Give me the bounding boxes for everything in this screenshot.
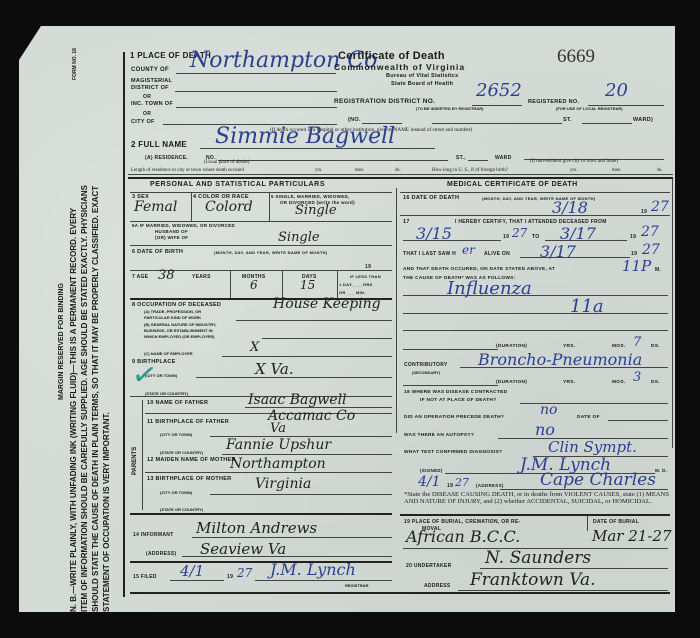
last-saw-pronoun: er: [462, 243, 475, 257]
center-divider: [396, 188, 397, 433]
attended-to-date: 3/17: [560, 224, 596, 243]
county-label: COUNTY OF: [131, 67, 169, 73]
father-birthplace-state: Va: [270, 421, 286, 436]
last-saw-date: 3/17: [540, 242, 576, 261]
margin-note: MARGIN RESERVED FOR BINDING: [58, 283, 65, 400]
employer-value: X: [250, 340, 259, 355]
bureau-label: Bureau of Vital Statistics: [386, 73, 459, 79]
physician-address: Cape Charles: [540, 470, 656, 490]
district-label: DISTRICT OF: [131, 85, 169, 91]
test-value: Clin Sympt.: [548, 438, 637, 456]
cause-duration-days: 7: [633, 335, 641, 350]
time-of-death: 11P: [622, 257, 651, 275]
sex-value: Femal: [134, 199, 177, 215]
contributory-value: Broncho-Pneumonia: [478, 350, 642, 369]
registered-value: 20: [605, 80, 628, 101]
full-name-value: Simmie Bagwell: [215, 124, 395, 149]
signed-date: 4/1: [418, 474, 441, 490]
form-number: FORM NO. 18: [72, 48, 78, 80]
magisterial-label: MAGISTERIAL: [131, 78, 172, 84]
certificate-subtitle: Commonwealth of Virginia: [334, 62, 465, 72]
mother-birthplace-value: Virginia: [255, 476, 311, 492]
instruction-line-4: STATEMENT OF OCCUPATION IS VERY IMPORTAN…: [102, 412, 111, 612]
informant-value: Milton Andrews: [196, 519, 317, 537]
mother-value: Northampton: [230, 456, 326, 472]
date-of-death-year: 27: [651, 199, 669, 215]
marital-value: Single: [295, 203, 337, 218]
full-name-label: 2 FULL NAME: [131, 140, 187, 149]
instruction-line-2: ITEM OF INFORMATION SHOULD BE CAREFULLY …: [80, 185, 89, 612]
attended-to-year: 27: [641, 224, 659, 240]
personal-header: PERSONAL AND STATISTICAL PARTICULARS: [150, 181, 325, 188]
folded-corner: [19, 26, 41, 60]
medical-header: MEDICAL CERTIFICATE OF DEATH: [447, 181, 578, 188]
undertaker-address-value: Franktown Va.: [470, 570, 596, 590]
informant-address-value: Seaview Va: [200, 540, 286, 558]
certificate-paper: [19, 26, 675, 612]
town-label: INC. TOWN OF: [131, 101, 173, 107]
father-value: Isaac Bagwell: [248, 392, 347, 408]
certificate-number: 6669: [557, 46, 595, 68]
burial-place-value: African B.C.C.: [406, 527, 520, 546]
age-months-value: 6: [250, 278, 258, 292]
instruction-line-1: N. B.—WRITE PLAINLY, WITH UNFADING INK (…: [69, 208, 78, 612]
color-value: Colord: [205, 199, 253, 215]
birthplace-value: X Va.: [255, 360, 294, 378]
board-label: State Board of Health: [391, 81, 453, 87]
certificate-title: Certificate of Death: [338, 50, 445, 62]
attended-from-year: 27: [512, 226, 527, 240]
operation-value: no: [540, 402, 557, 418]
registrar-signature: J.M. Lynch: [270, 560, 356, 579]
last-saw-year: 27: [642, 242, 660, 258]
registered-label: REGISTERED NO.: [528, 99, 579, 105]
reg-district-value: 2652: [476, 80, 522, 101]
footnote: *State the DISEASE CAUSING DEATH, or in …: [404, 491, 669, 505]
occupation-value: House Keeping: [273, 296, 381, 312]
contrib-duration-days: 3: [633, 370, 641, 385]
left-frame-line: [123, 52, 125, 597]
spouse-value: Single: [278, 230, 320, 245]
signed-year: 27: [455, 476, 469, 489]
reg-district-label: REGISTRATION DISTRICT NO.: [334, 98, 435, 105]
autopsy-value: no: [535, 420, 555, 439]
filed-year: 27: [237, 566, 252, 580]
undertaker-value: N. Saunders: [485, 548, 591, 568]
burial-date-value: Mar 21-27: [592, 527, 671, 545]
right-frame-line: [672, 178, 673, 448]
age-days-value: 15: [300, 278, 315, 292]
instruction-line-3: SHOULD STATE THE CAUSE OF DEATH IN PLAIN…: [91, 186, 100, 612]
age-years-value: 38: [158, 268, 175, 283]
parents-label: PARENTS: [132, 447, 138, 475]
filed-date: 4/1: [180, 562, 204, 580]
city-label: CITY OF: [131, 119, 155, 125]
father-birthplace-country: Fannie Upshur: [226, 437, 331, 453]
